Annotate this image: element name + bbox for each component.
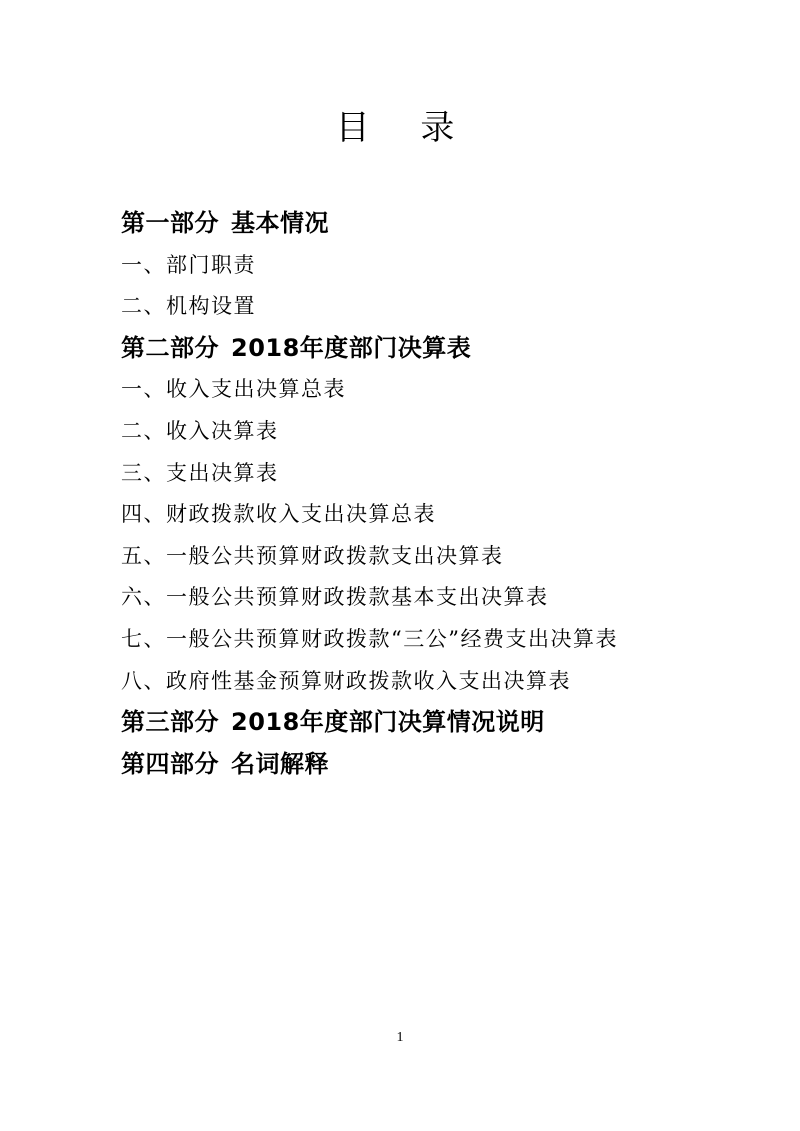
toc-part-number: 第二部分 bbox=[121, 334, 219, 362]
table-of-contents: 第一部分基本情况 一、部门职责 二、机构设置 第二部分2018年度部门决算表 一… bbox=[121, 203, 741, 785]
page-title: 目 录 bbox=[0, 104, 800, 152]
toc-item-government-fund-budget[interactable]: 八、政府性基金预算财政拨款收入支出决算表 bbox=[121, 661, 741, 703]
toc-item-expense-table[interactable]: 三、支出决算表 bbox=[121, 453, 741, 495]
toc-part-title: 名词解释 bbox=[231, 750, 329, 778]
toc-item-income-expense-summary[interactable]: 一、收入支出决算总表 bbox=[121, 369, 741, 411]
toc-part-1[interactable]: 第一部分基本情况 bbox=[121, 203, 741, 245]
toc-item-three-public-expenses[interactable]: 七、一般公共预算财政拨款“三公”经费支出决算表 bbox=[121, 619, 741, 661]
page-number: 1 bbox=[0, 1030, 800, 1046]
toc-item-organization-setup[interactable]: 二、机构设置 bbox=[121, 286, 741, 328]
toc-item-general-budget-expense[interactable]: 五、一般公共预算财政拨款支出决算表 bbox=[121, 536, 741, 578]
toc-item-income-table[interactable]: 二、收入决算表 bbox=[121, 411, 741, 453]
toc-part-title: 基本情况 bbox=[231, 209, 329, 237]
toc-item-fiscal-appropriation-summary[interactable]: 四、财政拨款收入支出决算总表 bbox=[121, 494, 741, 536]
toc-part-number: 第三部分 bbox=[121, 708, 219, 736]
toc-item-department-duties[interactable]: 一、部门职责 bbox=[121, 245, 741, 287]
toc-part-title: 2018年度部门决算表 bbox=[231, 334, 471, 362]
toc-part-number: 第四部分 bbox=[121, 750, 219, 778]
toc-part-4[interactable]: 第四部分名词解释 bbox=[121, 744, 741, 786]
toc-part-title: 2018年度部门决算情况说明 bbox=[231, 708, 545, 736]
toc-part-2[interactable]: 第二部分2018年度部门决算表 bbox=[121, 328, 741, 370]
toc-part-3[interactable]: 第三部分2018年度部门决算情况说明 bbox=[121, 702, 741, 744]
toc-item-general-budget-basic-expense[interactable]: 六、一般公共预算财政拨款基本支出决算表 bbox=[121, 577, 741, 619]
toc-part-number: 第一部分 bbox=[121, 209, 219, 237]
